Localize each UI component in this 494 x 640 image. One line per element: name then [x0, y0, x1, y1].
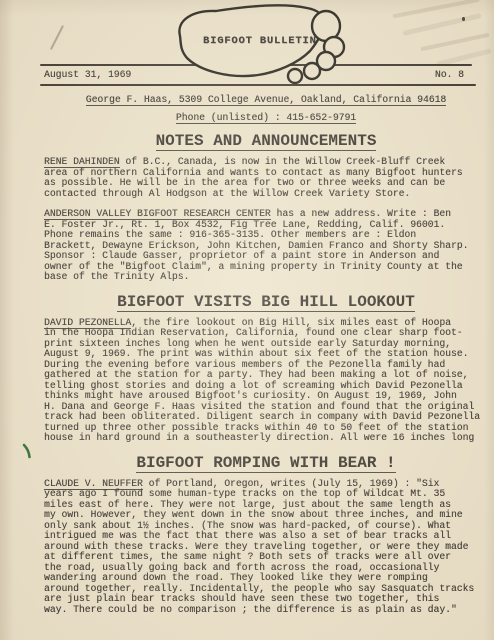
section-heading-notes: NOTES AND ANNOUNCEMENTS [44, 132, 488, 150]
date-row: August 31, 1969 No. 8 [44, 70, 464, 81]
publisher-phone: Phone (unlisted) : 415-652-9791 [44, 113, 488, 124]
article-anderson-valley: ANDERSON VALLEY BIGFOOT RESEARCH CENTER … [44, 209, 488, 283]
masthead: BIGFOOT BULLETIN August 31, 1969 No. 8 [0, 0, 494, 88]
section-heading-romping-bear: BIGFOOT ROMPING WITH BEAR ! [44, 454, 488, 472]
issue-number: No. 8 [435, 70, 464, 81]
newsletter-title: BIGFOOT BULLETIN [203, 35, 317, 47]
page-body: George F. Haas, 5309 College Avenue, Oak… [0, 95, 494, 615]
scanned-newsletter-page: { "colors": { "paper": "#ece2ca", "ink":… [0, 0, 494, 640]
issue-date: August 31, 1969 [44, 70, 131, 81]
article-david-pezonella: DAVID PEZONELLA, the fire lookout on Big… [44, 318, 488, 444]
article-rene-dahinden: RENE DAHINDEN of B.C., Canada, is now in… [44, 157, 488, 199]
publisher-address: George F. Haas, 5309 College Avenue, Oak… [44, 95, 488, 106]
article-claude-neuffer: CLAUDE V. NEUFFER of Portland, Oregon, w… [44, 479, 488, 616]
section-heading-big-hill: BIGFOOT VISITS BIG HILL LOOKOUT [44, 293, 488, 311]
